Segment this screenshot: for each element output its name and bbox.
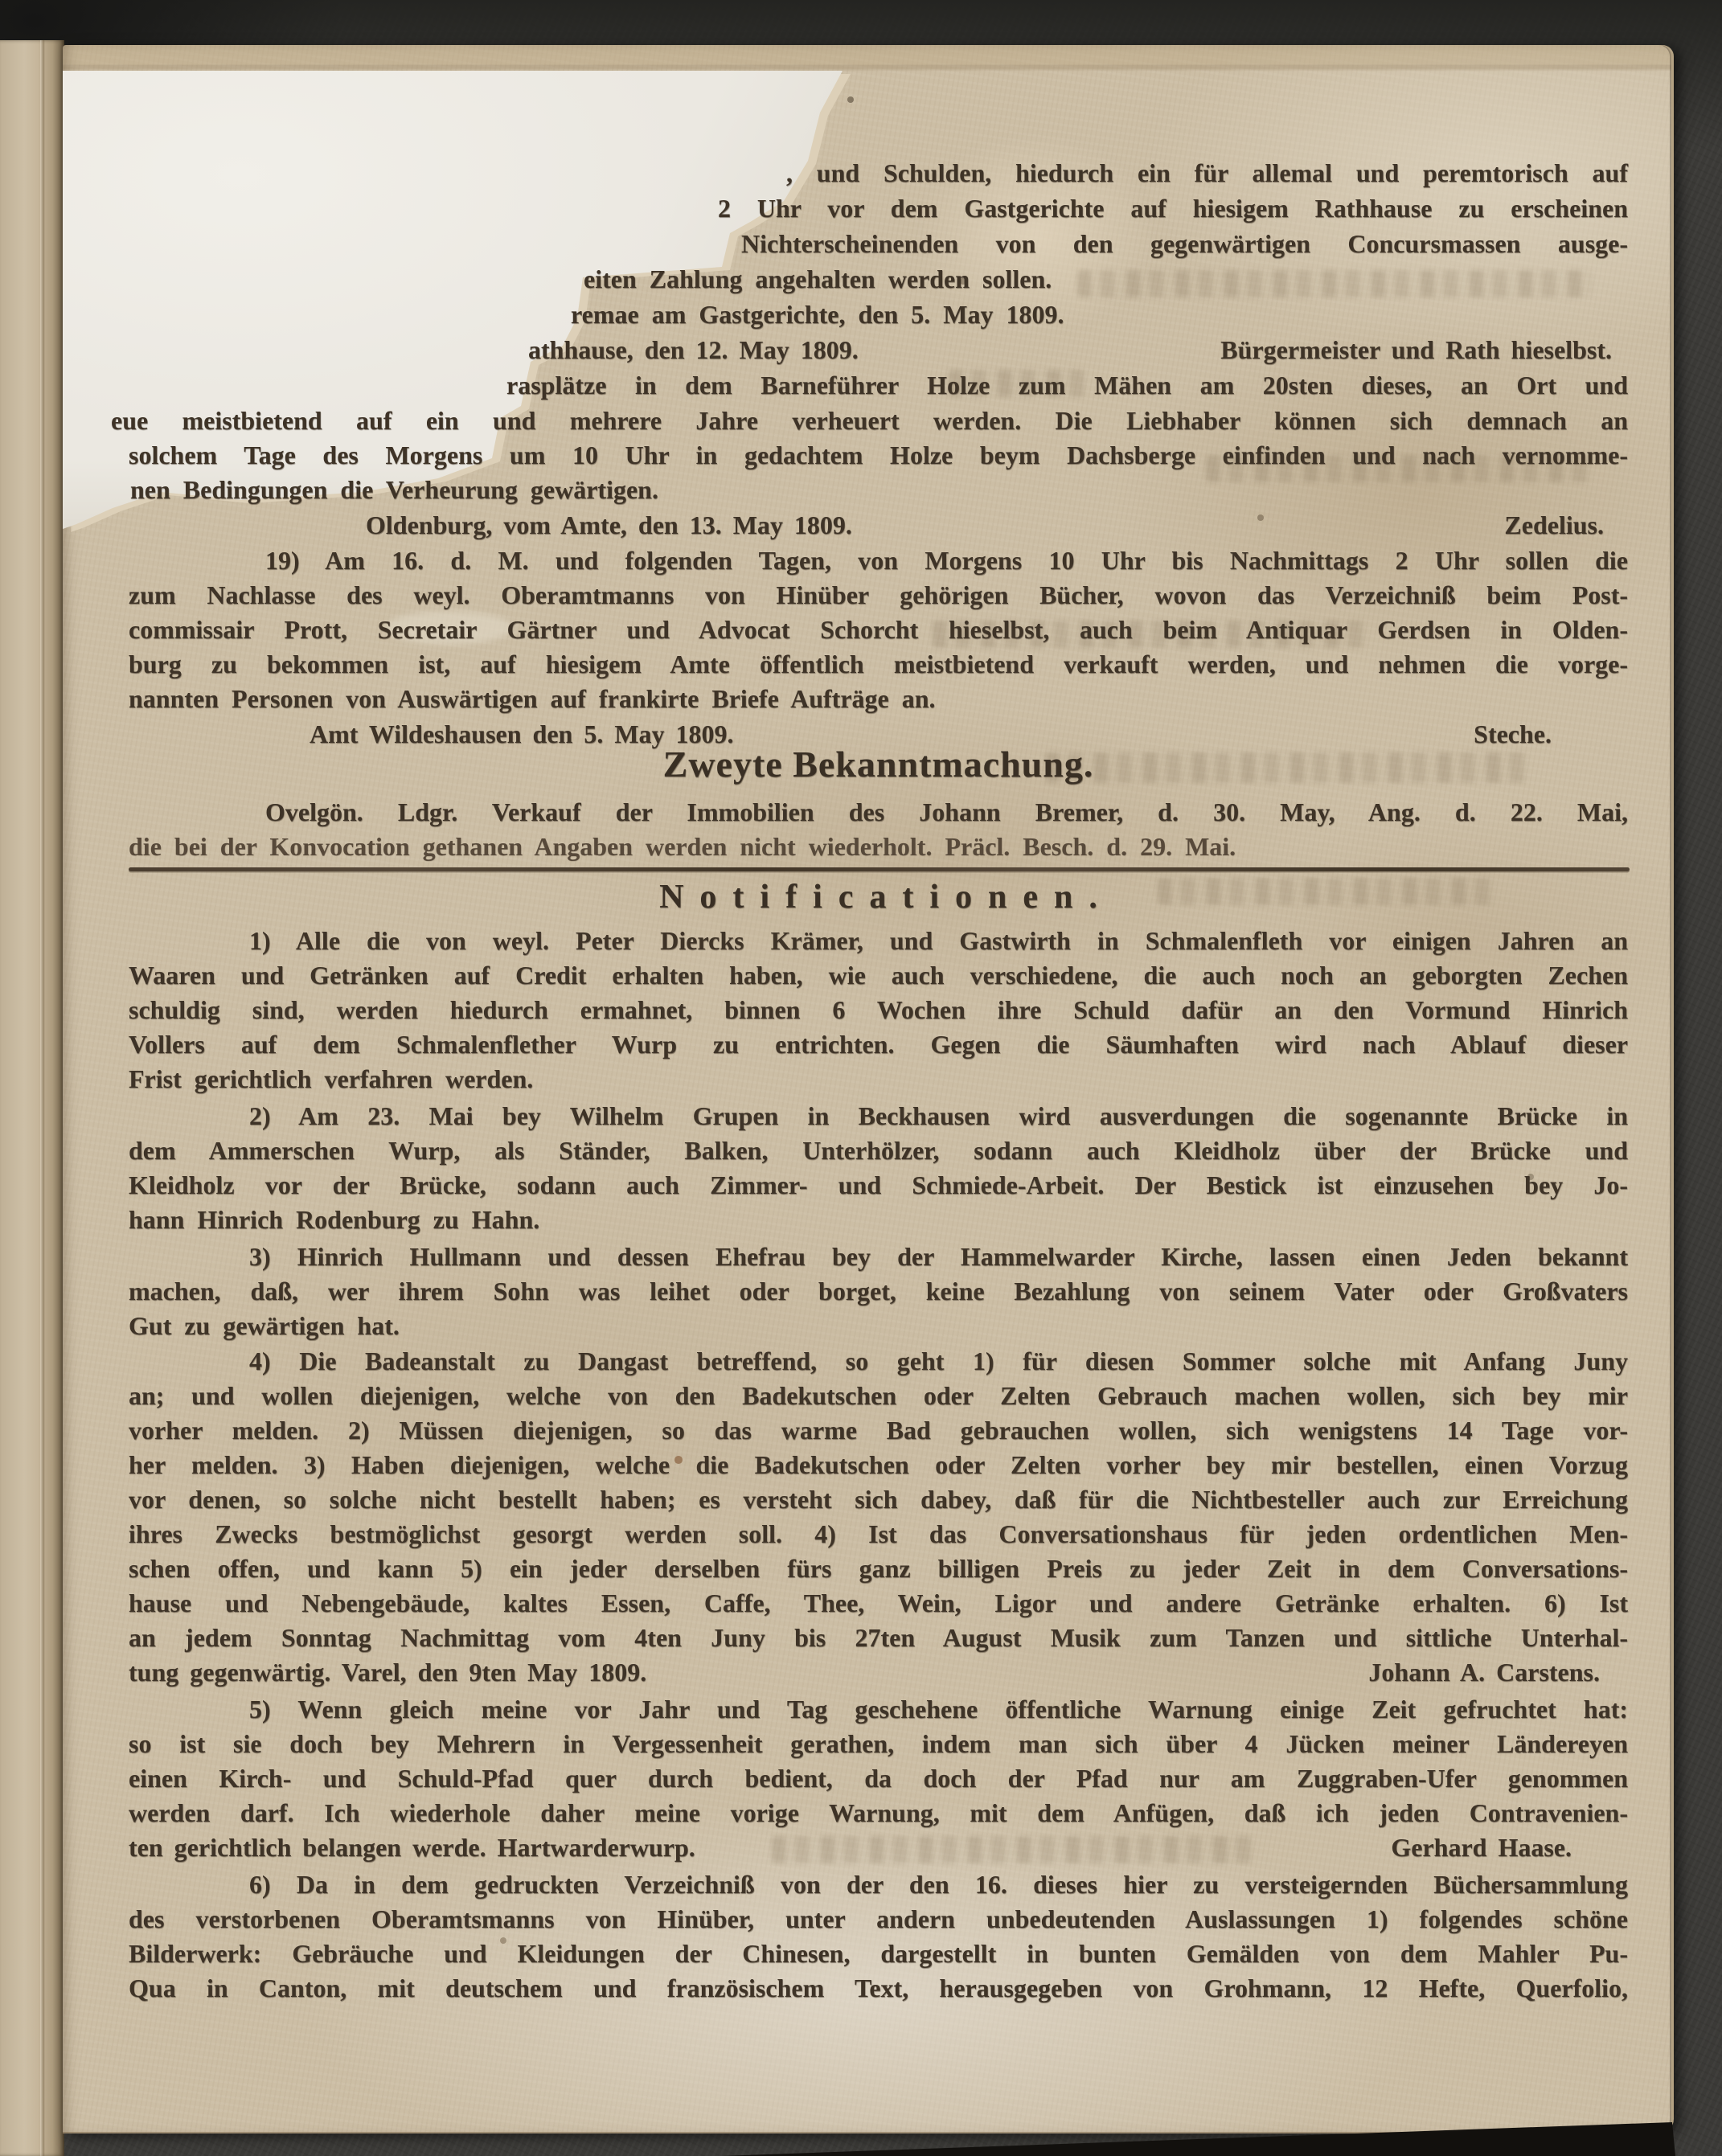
text-line: Amt Wildeshausen den 5. May 1809.Steche. (129, 716, 1628, 752)
text-line: ten gerichtlich belangen werde. Hartward… (129, 1830, 1628, 1865)
text-line: 6) Da in dem gedruckten Verzeichniß von … (249, 1867, 1628, 1902)
text-line: commissair Prott, Secretair Gärtner und … (129, 612, 1628, 647)
text-line: zum Nachlasse des weyl. Oberamtmanns von… (129, 577, 1628, 613)
text-line: 2) Am 23. Mai bey Wilhelm Grupen in Beck… (249, 1098, 1628, 1133)
text-line: machen, daß, wer ihrem Sohn was leihet o… (129, 1273, 1628, 1309)
text-line: Qua in Canton, mit deutschem und französ… (129, 1970, 1628, 2006)
book-gutter-edge (0, 40, 64, 2156)
line-left-text: Oldenburg, vom Amte, den 13. May 1809. (129, 507, 852, 543)
text-line: remae am Gastgerichte, den 5. May 1809. (571, 297, 1064, 332)
gutter-crease (40, 40, 45, 2156)
text-line: die bei der Konvocation gethanen Angaben… (129, 829, 1236, 864)
text-line: Bilderwerk: Gebräuche und Kleidungen der… (129, 1936, 1628, 1971)
text-line: so ist sie doch bey Mehrern in Vergessen… (129, 1726, 1628, 1761)
text-line: einen Kirch- und Schuld-Pfad quer durch … (129, 1760, 1628, 1796)
paper-specks (0, 0, 3, 3)
text-line: Frist gerichtlich verfahren werden. (129, 1061, 533, 1096)
text-line: tung gegenwärtig. Varel, den 9ten May 18… (129, 1654, 1628, 1690)
text-line: burg zu bekommen ist, auf hiesigem Amte … (129, 646, 1628, 682)
text-line: 1) Alle die von weyl. Peter Diercks Kräm… (249, 923, 1628, 958)
line-signature: Steche. (1474, 716, 1552, 752)
line-left-text: athhause, den 12. May 1809. (528, 332, 859, 367)
text-line: solchem Tage des Morgens um 10 Uhr in ge… (129, 437, 1628, 473)
text-line: werden darf. Ich wiederhole daher meine … (129, 1795, 1628, 1830)
text-line: her melden. 3) Haben diejenigen, welche … (129, 1447, 1628, 1482)
text-line: eue meistbietend auf ein und mehrere Jah… (111, 403, 1628, 438)
text-line: rasplätze in dem Barneführer Holze zum M… (506, 367, 1628, 403)
text-line: des verstorbenen Oberamtsmanns von Hinüb… (129, 1901, 1628, 1937)
line-signature: Zedelius. (1504, 507, 1604, 543)
text-line: Nichterscheinenden von den gegenwärtigen… (741, 226, 1628, 261)
text-line: nannten Personen von Auswärtigen auf fra… (129, 681, 936, 716)
text-line: hause und Nebengebäude, kaltes Essen, Ca… (129, 1585, 1628, 1621)
text-line: Vollers auf dem Schmalenflether Wurp zu … (129, 1027, 1628, 1062)
text-line: vor denen, so solche nicht bestellt habe… (129, 1482, 1628, 1517)
text-line: , und Schulden, hiedurch ein für allemal… (786, 155, 1628, 191)
text-line: dem Ammerschen Wurp, als Ständer, Balken… (129, 1133, 1628, 1168)
text-line: 3) Hinrich Hullmann und dessen Ehefrau b… (249, 1239, 1628, 1274)
section-divider-rule (129, 867, 1630, 871)
text-line: Oldenburg, vom Amte, den 13. May 1809.Ze… (129, 507, 1628, 543)
text-line: an jedem Sonntag Nachmittag vom 4ten Jun… (129, 1620, 1628, 1655)
heading-notifications: Notificationen. (129, 876, 1628, 918)
text-line: 19) Am 16. d. M. und folgenden Tagen, vo… (265, 543, 1628, 578)
scanned-book-page: Zweyte Bekanntmachung. Notificationen. ,… (0, 0, 1722, 2156)
line-left-text: Amt Wildeshausen den 5. May 1809. (129, 716, 734, 752)
text-line: athhause, den 12. May 1809.Bürgermeister… (528, 332, 1628, 367)
text-line: Ovelgön. Ldgr. Verkauf der Immobilien de… (265, 794, 1628, 830)
text-line: eiten Zahlung angehalten werden sollen. (584, 261, 1052, 297)
text-line: schuldig sind, werden hiedurch ermahnet,… (129, 992, 1628, 1027)
text-line: ihres Zwecks bestmöglichst gesorgt werde… (129, 1516, 1628, 1551)
line-signature: Bürgermeister und Rath hieselbst. (1220, 332, 1612, 367)
verso-show-through (1077, 270, 1592, 297)
text-line: nen Bedingungen die Verheurung gewärtige… (130, 472, 658, 507)
line-signature: Gerhard Haase. (1391, 1830, 1572, 1865)
text-line: 5) Wenn gleich meine vor Jahr und Tag ge… (249, 1691, 1628, 1727)
text-line: 4) Die Badeanstalt zu Dangast betreffend… (249, 1343, 1628, 1379)
text-line: 2 Uhr vor dem Gastgerichte auf hiesigem … (718, 191, 1628, 226)
text-line: Waaren und Getränken auf Credit erhalten… (129, 957, 1628, 993)
text-line: schen offen, und kann 5) ein jeder derse… (129, 1551, 1628, 1586)
line-left-text: tung gegenwärtig. Varel, den 9ten May 18… (129, 1654, 646, 1690)
text-line: Gut zu gewärtigen hat. (129, 1308, 400, 1343)
text-line: vorher melden. 2) Müssen diejenigen, so … (129, 1412, 1628, 1448)
text-line: an; und wollen diejenigen, welche von de… (129, 1378, 1628, 1413)
line-left-text: ten gerichtlich belangen werde. Hartward… (129, 1830, 695, 1865)
text-line: Kleidholz vor der Brücke, sodann auch Zi… (129, 1167, 1628, 1203)
line-signature: Johann A. Carstens. (1368, 1654, 1600, 1690)
text-line: hann Hinrich Rodenburg zu Hahn. (129, 1202, 539, 1237)
